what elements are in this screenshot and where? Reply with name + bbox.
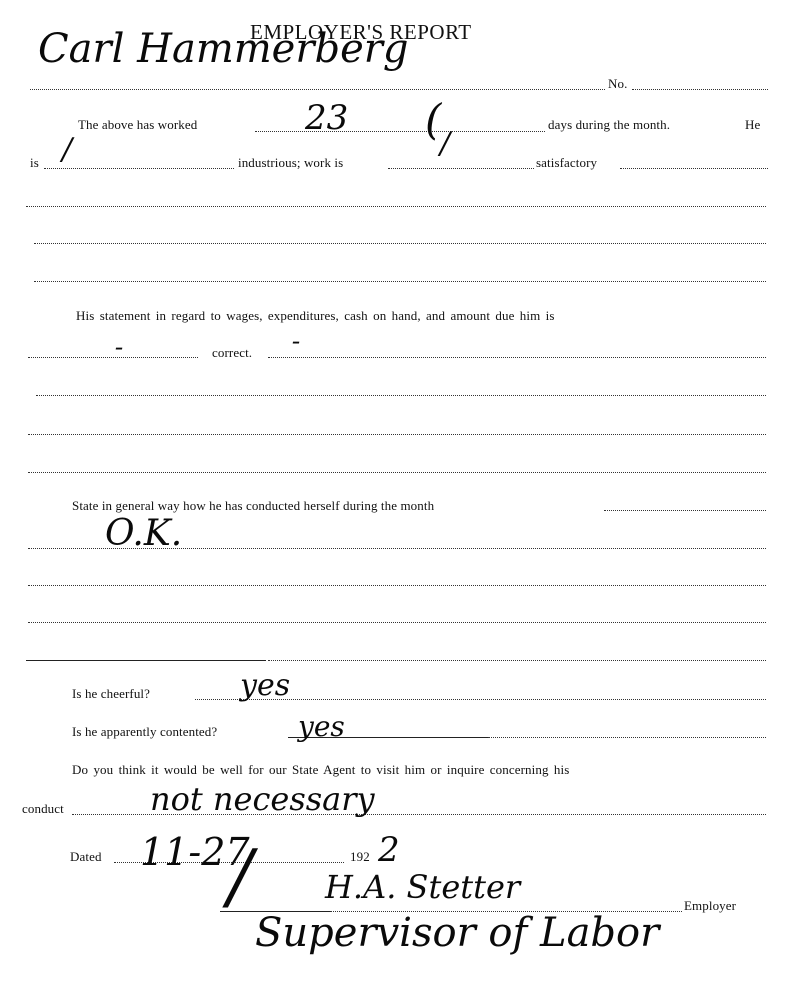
satisfactory-trailing-line bbox=[620, 168, 768, 169]
signer-title: Supervisor of Labor bbox=[255, 910, 659, 956]
statement-trailing-line bbox=[268, 357, 766, 358]
is-label: is bbox=[30, 155, 39, 171]
statement-line bbox=[28, 357, 198, 358]
conduct-label: conduct bbox=[22, 801, 64, 817]
dated-label: Dated bbox=[70, 849, 102, 865]
satisfactory-label: satisfactory bbox=[536, 155, 597, 171]
blank-line bbox=[28, 434, 766, 435]
days-label: days during the month. bbox=[548, 117, 670, 133]
conduct-question-line bbox=[604, 510, 766, 511]
blank-line bbox=[26, 206, 766, 207]
satisfactory-line bbox=[388, 168, 534, 169]
agent-question: Do you think it would be well for our St… bbox=[72, 762, 569, 778]
blank-line bbox=[268, 660, 766, 661]
signature: H.A. Stetter bbox=[325, 868, 520, 906]
worked-label: The above has worked bbox=[78, 117, 197, 133]
no-label: No. bbox=[608, 76, 627, 92]
days-line bbox=[255, 131, 545, 132]
blank-line bbox=[34, 243, 766, 244]
blank-line-solid bbox=[26, 660, 266, 661]
blank-line bbox=[28, 472, 766, 473]
industrious-label: industrious; work is bbox=[238, 155, 343, 171]
conduct-question: State in general way how he has conducte… bbox=[72, 498, 434, 514]
year-suffix: 2 bbox=[378, 830, 400, 870]
industrious-line bbox=[44, 168, 234, 169]
days-worked-stroke: ( bbox=[425, 95, 441, 144]
days-worked-value: 23 bbox=[305, 98, 348, 138]
statement-mark: – bbox=[115, 338, 123, 357]
signature-stroke: / bbox=[228, 840, 252, 912]
contented-trailing-line bbox=[488, 737, 766, 738]
year-prefix: 192 bbox=[350, 849, 370, 865]
statement-label: His statement in regard to wages, expend… bbox=[76, 308, 555, 324]
contented-value: yes bbox=[298, 710, 345, 743]
blank-line bbox=[36, 395, 766, 396]
cheerful-label: Is he cheerful? bbox=[72, 686, 150, 702]
blank-line bbox=[28, 622, 766, 623]
cheerful-value: yes bbox=[240, 668, 290, 703]
contented-label: Is he apparently contented? bbox=[72, 724, 217, 740]
he-label: He bbox=[745, 117, 760, 133]
conduct-line bbox=[28, 548, 766, 549]
employee-name: Carl Hammerberg bbox=[38, 26, 408, 72]
number-line bbox=[632, 89, 768, 90]
correct-mark: – bbox=[292, 332, 300, 351]
blank-line bbox=[34, 281, 766, 282]
correct-label: correct. bbox=[212, 345, 252, 361]
satisfactory-mark: / bbox=[440, 126, 450, 161]
blank-line bbox=[28, 585, 766, 586]
name-line bbox=[30, 89, 605, 90]
employer-label: Employer bbox=[684, 898, 736, 914]
industrious-mark: / bbox=[62, 132, 72, 167]
agent-visit-value: not necessary bbox=[150, 780, 375, 818]
